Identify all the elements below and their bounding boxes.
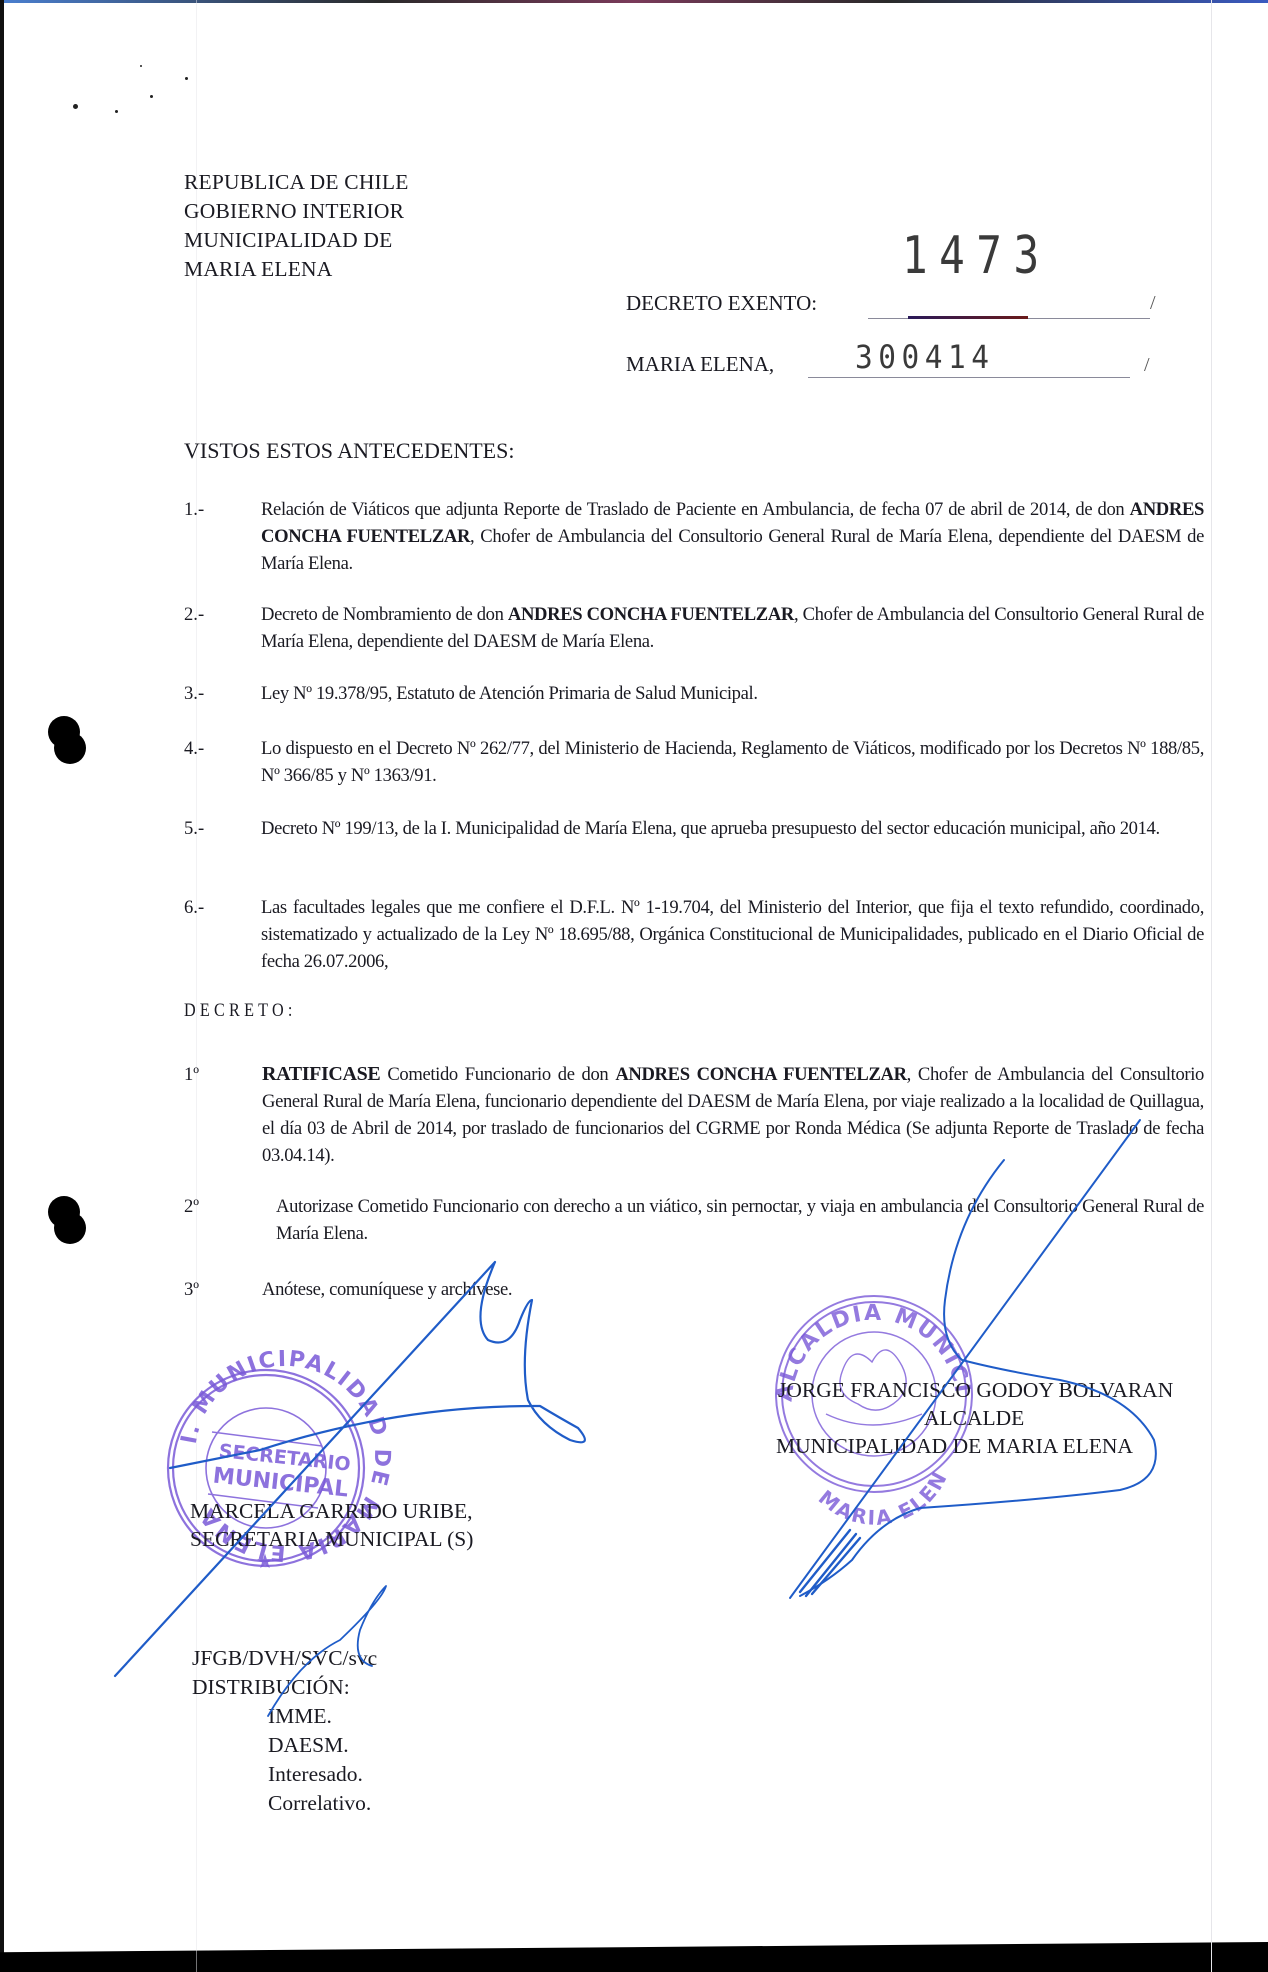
resolution-item: 2º Autorizase Cometido Funcionario con d…	[184, 1193, 1204, 1247]
item-text: Decreto de Nombramiento de don	[261, 604, 508, 625]
item-text: Lo dispuesto en el Decreto Nº 262/77, de…	[261, 735, 1204, 789]
vistos-heading: VISTOS ESTOS ANTECEDENTES:	[184, 438, 514, 464]
scan-speckle	[150, 95, 153, 98]
decree-number-underline-mark	[908, 316, 1028, 319]
resolution-item: 1º RATIFICASE Cometido Funcionario de do…	[184, 1061, 1204, 1169]
item-text: Cometido Funcionario de don	[380, 1064, 615, 1085]
secretary-name: MARCELA GARRIDO URIBE,	[190, 1497, 473, 1525]
distribution-heading: DISTRIBUCIÓN:	[192, 1673, 377, 1702]
item-number: 1º	[184, 1061, 199, 1088]
scan-speckle	[185, 77, 188, 80]
secretary-stamp-center: SECRETARIO	[218, 1440, 352, 1476]
secretary-title: SECRETARIA MUNICIPAL (S)	[190, 1525, 473, 1553]
resolution-item: 3º Anótese, comuníquese y archívese.	[184, 1276, 1204, 1303]
mayor-org: MUNICIPALIDAD DE MARIA ELENA	[776, 1432, 1173, 1460]
person-name: ANDRES CONCHA FUENTELZAR	[615, 1064, 906, 1085]
distribution-block: JFGB/DVH/SVC/svc DISTRIBUCIÓN: IMME. DAE…	[192, 1644, 377, 1818]
vistos-item: 6.- Las facultades legales que me confie…	[184, 894, 1204, 975]
mayor-signature	[790, 1120, 1156, 1598]
person-name: ANDRES CONCHA FUENTELZAR	[508, 604, 794, 625]
field-slash: /	[1150, 292, 1156, 315]
item-number: 1.-	[184, 496, 204, 523]
item-text: Relación de Viáticos que adjunta Reporte…	[261, 499, 1130, 520]
vistos-item: 1.- Relación de Viáticos que adjunta Rep…	[184, 496, 1204, 577]
scan-speckle	[115, 110, 118, 113]
scan-top-edge	[0, 0, 1268, 3]
issuer-header: REPUBLICA DE CHILE GOBIERNO INTERIOR MUN…	[184, 168, 409, 284]
mayor-signature-block: JORGE FRANCISCO GODOY BOLVARAN ALCALDE M…	[778, 1376, 1173, 1460]
item-number: 3º	[184, 1276, 199, 1303]
distribution-recipient: DAESM.	[192, 1731, 377, 1760]
field-slash: /	[1144, 354, 1150, 377]
header-line: MARIA ELENA	[184, 255, 409, 284]
scan-speckle	[140, 65, 142, 67]
item-number: 2º	[184, 1193, 199, 1220]
item-number: 2.-	[184, 601, 204, 628]
scan-left-edge	[0, 0, 4, 1972]
resolution-verb: RATIFICASE	[262, 1063, 380, 1085]
item-text: Las facultades legales que me confiere e…	[261, 894, 1204, 975]
item-number: 4.-	[184, 735, 204, 762]
header-line: GOBIERNO INTERIOR	[184, 197, 409, 226]
distribution-recipient: Correlativo.	[192, 1789, 377, 1818]
decreto-heading: DECRETO:	[184, 1000, 297, 1022]
secretary-signature-block: MARCELA GARRIDO URIBE, SECRETARIA MUNICI…	[190, 1497, 473, 1553]
item-number: 3.-	[184, 680, 204, 707]
vistos-item: 4.- Lo dispuesto en el Decreto Nº 262/77…	[184, 735, 1204, 789]
item-number: 6.-	[184, 894, 204, 921]
decree-type-label: DECRETO EXENTO:	[626, 291, 817, 316]
header-line: MUNICIPALIDAD DE	[184, 226, 409, 255]
vistos-item: 3.- Ley Nº 19.378/95, Estatuto de Atenci…	[184, 680, 1204, 707]
mayor-title: ALCALDE	[778, 1404, 1173, 1432]
item-text: Ley Nº 19.378/95, Estatuto de Atención P…	[261, 680, 1204, 707]
item-text: Anótese, comuníquese y archívese.	[262, 1276, 1204, 1303]
item-text: Autorizase Cometido Funcionario con dere…	[276, 1193, 1204, 1247]
punch-hole	[54, 732, 86, 764]
vistos-item: 2.- Decreto de Nombramiento de don ANDRE…	[184, 601, 1204, 655]
mayor-name: JORGE FRANCISCO GODOY BOLVARAN	[778, 1376, 1173, 1404]
item-number: 5.-	[184, 815, 204, 842]
scan-line	[1211, 0, 1212, 1972]
reference-initials: JFGB/DVH/SVC/svc	[192, 1644, 377, 1673]
vistos-item: 5.- Decreto Nº 199/13, de la I. Municipa…	[184, 815, 1204, 842]
decree-number-stamp: 1473	[902, 226, 1051, 286]
header-line: REPUBLICA DE CHILE	[184, 168, 409, 197]
scan-speckle	[73, 104, 78, 109]
date-underline	[808, 377, 1130, 378]
scan-bottom-edge	[0, 1942, 1268, 1972]
distribution-recipient: Interesado.	[192, 1760, 377, 1789]
distribution-recipient: IMME.	[192, 1702, 377, 1731]
item-text: Decreto Nº 199/13, de la I. Municipalida…	[261, 815, 1204, 842]
date-stamp: 300414	[855, 338, 994, 376]
place-label: MARIA ELENA,	[626, 352, 774, 377]
secretary-signature	[115, 1262, 585, 1676]
punch-hole	[54, 1212, 86, 1244]
